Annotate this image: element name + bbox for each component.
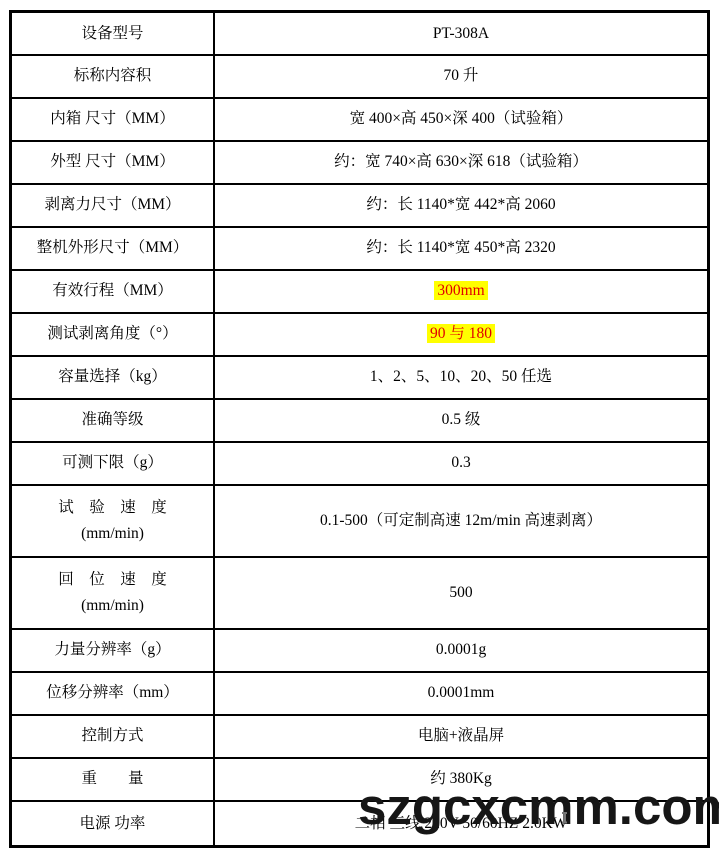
spec-row: 设备型号 PT-308A bbox=[11, 12, 709, 55]
spec-value-cell: 0.3 bbox=[214, 442, 709, 485]
spec-label: 重 量 bbox=[81, 770, 143, 787]
spec-value: 500 bbox=[449, 584, 472, 601]
spec-label-cell: 外型 尺寸（MM） bbox=[11, 141, 215, 184]
spec-label-cell: 电源 功率 bbox=[11, 801, 215, 847]
spec-value-cell: 300mm bbox=[214, 270, 709, 313]
text-cursor-icon bbox=[561, 812, 568, 823]
spec-row: 试 验 速 度 (mm/min) 0.1-500（可定制高速 12m/min 高… bbox=[11, 485, 709, 557]
spec-label-cell: 标称内容积 bbox=[11, 55, 215, 98]
spec-row: 标称内容积 70 升 bbox=[11, 55, 709, 98]
spec-label-cell: 力量分辨率（g） bbox=[11, 629, 215, 672]
spec-row: 可测下限（g） 0.3 bbox=[11, 442, 709, 485]
spec-row: 容量选择（kg） 1、2、5、10、20、50 任选 bbox=[11, 356, 709, 399]
spec-row: 力量分辨率（g） 0.0001g bbox=[11, 629, 709, 672]
spec-value: 约：长 1140*宽 450*高 2320 bbox=[366, 239, 555, 256]
spec-label-cell: 准确等级 bbox=[11, 399, 215, 442]
spec-value: 0.0001mm bbox=[428, 684, 495, 701]
spec-value: PT-308A bbox=[433, 25, 489, 42]
spec-table: 设备型号 PT-308A 标称内容积 70 升 内箱 尺寸（MM） 宽 400×… bbox=[9, 10, 710, 848]
spec-label: 有效行程（MM） bbox=[52, 282, 173, 299]
spec-value-cell: 约：长 1140*宽 442*高 2060 bbox=[214, 184, 709, 227]
highlighted-value: 300mm bbox=[434, 281, 487, 300]
spec-row: 外型 尺寸（MM） 约：宽 740×高 630×深 618（试验箱） bbox=[11, 141, 709, 184]
spec-value-cell: 电脑+液晶屏 bbox=[214, 715, 709, 758]
spec-label: 位移分辨率（mm） bbox=[46, 684, 179, 701]
spec-label-cell: 有效行程（MM） bbox=[11, 270, 215, 313]
spec-label-cell: 回 位 速 度 (mm/min) bbox=[11, 557, 215, 629]
spec-label: 标称内容积 bbox=[74, 67, 152, 84]
spec-value-cell: 0.5 级 bbox=[214, 399, 709, 442]
spec-label: 控制方式 bbox=[81, 727, 143, 744]
spec-value: 宽 400×高 450×深 400（试验箱） bbox=[350, 110, 573, 127]
spec-label-cell: 内箱 尺寸（MM） bbox=[11, 98, 215, 141]
spec-label: 电源 功率 bbox=[80, 815, 146, 832]
spec-label: 试 验 速 度 bbox=[58, 499, 167, 516]
spec-label-cell: 剥离力尺寸（MM） bbox=[11, 184, 215, 227]
spec-row: 准确等级 0.5 级 bbox=[11, 399, 709, 442]
spec-label-cell: 容量选择（kg） bbox=[11, 356, 215, 399]
spec-label: 准确等级 bbox=[81, 411, 143, 428]
spec-label-unit: (mm/min) bbox=[16, 524, 209, 543]
spec-value: 0.1-500（可定制高速 12m/min 高速剥离） bbox=[320, 512, 602, 529]
spec-row: 控制方式 电脑+液晶屏 bbox=[11, 715, 709, 758]
spec-label: 容量选择（kg） bbox=[58, 368, 167, 385]
spec-value-cell: PT-308A bbox=[214, 12, 709, 55]
spec-label-cell: 可测下限（g） bbox=[11, 442, 215, 485]
spec-value-cell: 约：宽 740×高 630×深 618（试验箱） bbox=[214, 141, 709, 184]
spec-row: 整机外形尺寸（MM） 约：长 1140*宽 450*高 2320 bbox=[11, 227, 709, 270]
spec-value: 70 升 bbox=[444, 67, 479, 84]
spec-value-cell: 70 升 bbox=[214, 55, 709, 98]
spec-value-cell: 0.0001g bbox=[214, 629, 709, 672]
spec-value-cell: 宽 400×高 450×深 400（试验箱） bbox=[214, 98, 709, 141]
spec-value: 约：宽 740×高 630×深 618（试验箱） bbox=[334, 153, 588, 170]
spec-label-unit: (mm/min) bbox=[16, 596, 209, 615]
spec-label-cell: 控制方式 bbox=[11, 715, 215, 758]
spec-value-cell: 0.1-500（可定制高速 12m/min 高速剥离） bbox=[214, 485, 709, 557]
spec-row: 测试剥离角度（°） 90 与 180 bbox=[11, 313, 709, 356]
spec-value-cell: 1、2、5、10、20、50 任选 bbox=[214, 356, 709, 399]
spec-value-cell: 约：长 1140*宽 450*高 2320 bbox=[214, 227, 709, 270]
spec-label: 内箱 尺寸（MM） bbox=[50, 110, 174, 127]
spec-label: 测试剥离角度（°） bbox=[47, 325, 177, 342]
spec-label-cell: 测试剥离角度（°） bbox=[11, 313, 215, 356]
spec-label: 设备型号 bbox=[81, 25, 143, 42]
spec-value: 1、2、5、10、20、50 任选 bbox=[370, 368, 552, 385]
spec-label: 力量分辨率（g） bbox=[54, 641, 170, 658]
spec-value: 0.0001g bbox=[436, 641, 486, 658]
spec-row: 有效行程（MM） 300mm bbox=[11, 270, 709, 313]
spec-value: 0.5 级 bbox=[442, 411, 481, 428]
spec-row: 剥离力尺寸（MM） 约：长 1140*宽 442*高 2060 bbox=[11, 184, 709, 227]
spec-label-cell: 位移分辨率（mm） bbox=[11, 672, 215, 715]
spec-label-cell: 重 量 bbox=[11, 758, 215, 801]
watermark: szgcxcmm.com bbox=[358, 781, 719, 832]
spec-label: 外型 尺寸（MM） bbox=[50, 153, 174, 170]
spec-label: 回 位 速 度 bbox=[58, 571, 167, 588]
spec-label: 可测下限（g） bbox=[62, 454, 163, 471]
spec-label-cell: 试 验 速 度 (mm/min) bbox=[11, 485, 215, 557]
spec-row: 位移分辨率（mm） 0.0001mm bbox=[11, 672, 709, 715]
spec-label-cell: 整机外形尺寸（MM） bbox=[11, 227, 215, 270]
spec-row: 内箱 尺寸（MM） 宽 400×高 450×深 400（试验箱） bbox=[11, 98, 709, 141]
spec-label: 整机外形尺寸（MM） bbox=[37, 239, 189, 256]
spec-value-cell: 500 bbox=[214, 557, 709, 629]
spec-row: 回 位 速 度 (mm/min) 500 bbox=[11, 557, 709, 629]
highlighted-value: 90 与 180 bbox=[427, 324, 495, 343]
spec-value: 电脑+液晶屏 bbox=[418, 727, 504, 744]
spec-value: 约：长 1140*宽 442*高 2060 bbox=[366, 196, 555, 213]
spec-value-cell: 90 与 180 bbox=[214, 313, 709, 356]
spec-label-cell: 设备型号 bbox=[11, 12, 215, 55]
spec-label: 剥离力尺寸（MM） bbox=[44, 196, 180, 213]
spec-value: 0.3 bbox=[451, 454, 470, 471]
spec-value-cell: 0.0001mm bbox=[214, 672, 709, 715]
